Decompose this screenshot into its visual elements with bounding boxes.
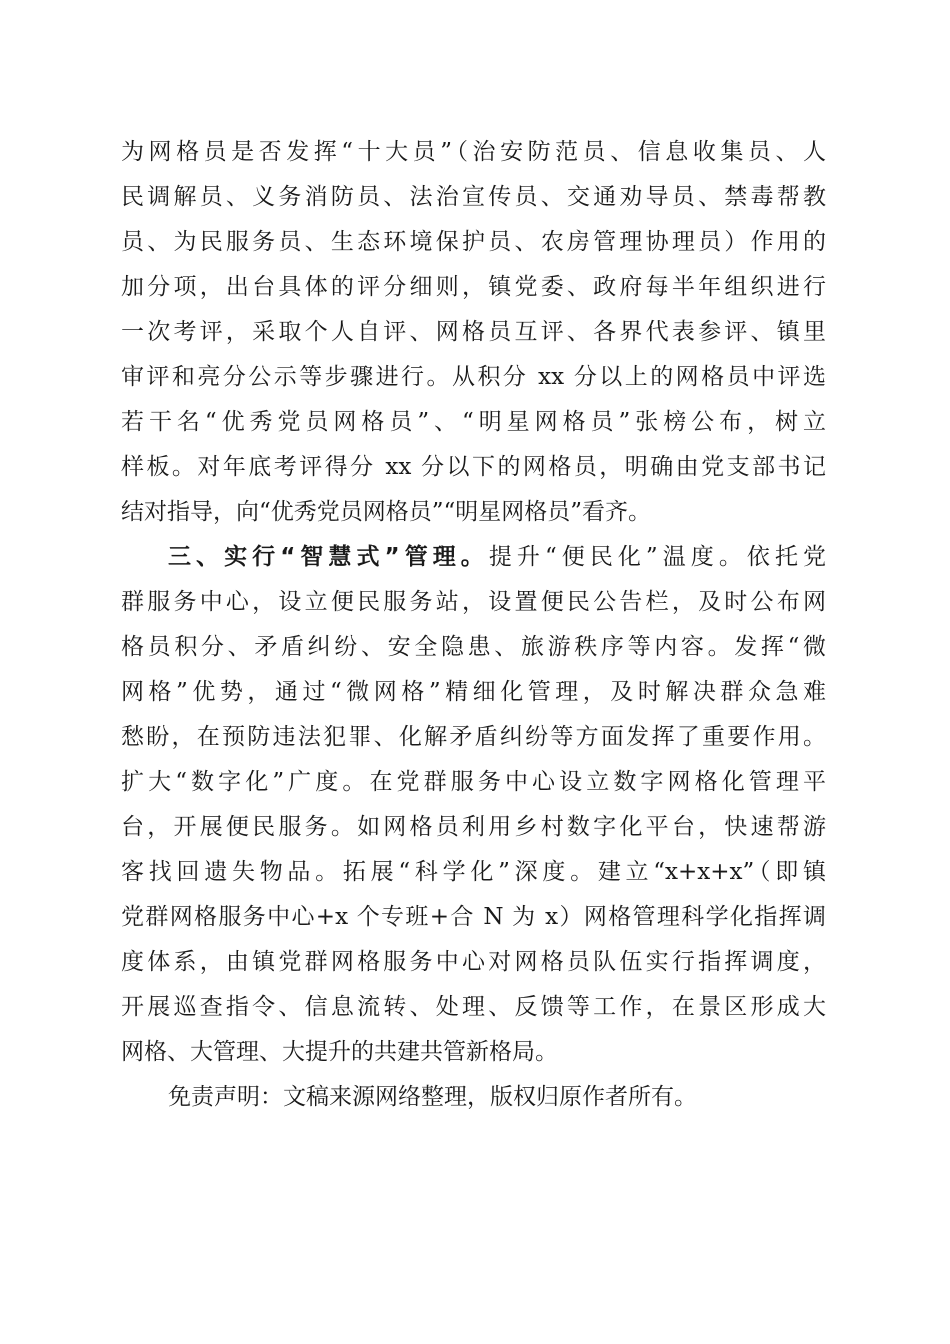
text-line: 民调解员、义务消防员、法治宣传员、交通劝导员、禁毒帮教 xyxy=(121,175,826,220)
text-line: 员、为民服务员、生态环境保护员、农房管理协理员）作用的 xyxy=(121,220,826,265)
section-smart-management: 三、实行“智慧式”管理。提升“便民化”温度。依托党 群服务中心，设立便民服务站，… xyxy=(121,535,826,1075)
text-line: 网格”优势，通过“微网格”精细化管理，及时解决群众急难 xyxy=(121,670,826,715)
text-line: 若干名“优秀党员网格员”、“明星网格员”张榜公布，树立 xyxy=(121,400,826,445)
paragraph-scoring: 为网格员是否发挥“十大员”（治安防范员、信息收集员、人 民调解员、义务消防员、法… xyxy=(121,130,826,535)
text-line: 一次考评，采取个人自评、网格员互评、各界代表参评、镇里 xyxy=(121,310,826,355)
text-line: 扩大“数字化”广度。在党群服务中心设立数字网格化管理平 xyxy=(121,760,826,805)
text-line: 网格、大管理、大提升的共建共管新格局。 xyxy=(121,1030,826,1075)
text-line: 样板。对年底考评得分 xx 分以下的网格员，明确由党支部书记 xyxy=(121,445,826,490)
text-line: 格员积分、矛盾纠纷、安全隐患、旅游秩序等内容。发挥“微 xyxy=(121,625,826,670)
text-line: 群服务中心，设立便民服务站，设置便民公告栏，及时公布网 xyxy=(121,580,826,625)
text-line: 客找回遗失物品。拓展“科学化”深度。建立“x+x+x”（即镇 xyxy=(121,850,826,895)
text-line: 党群网格服务中心+x 个专班+合 N 为 x）网格管理科学化指挥调 xyxy=(121,895,826,940)
text-line: 度体系，由镇党群网格服务中心对网格员队伍实行指挥调度， xyxy=(121,940,826,985)
section-heading: 三、实行“智慧式”管理。 xyxy=(168,544,489,570)
text-line: 为网格员是否发挥“十大员”（治安防范员、信息收集员、人 xyxy=(121,130,826,175)
section-first-line-text: 提升“便民化”温度。依托党 xyxy=(489,544,826,570)
text-line: 愁盼，在预防违法犯罪、化解矛盾纠纷等方面发挥了重要作用。 xyxy=(121,715,826,760)
text-line: 结对指导，向“优秀党员网格员”“明星网格员”看齐。 xyxy=(121,490,826,535)
document-page: 为网格员是否发挥“十大员”（治安防范员、信息收集员、人 民调解员、义务消防员、法… xyxy=(121,130,826,1120)
section-first-line: 三、实行“智慧式”管理。提升“便民化”温度。依托党 xyxy=(121,535,826,580)
text-line: 加分项，出台具体的评分细则，镇党委、政府每半年组织进行 xyxy=(121,265,826,310)
text-line: 审评和亮分公示等步骤进行。从积分 xx 分以上的网格员中评选 xyxy=(121,355,826,400)
disclaimer: 免责声明：文稿来源网络整理，版权归原作者所有。 xyxy=(121,1075,826,1120)
text-line: 开展巡查指令、信息流转、处理、反馈等工作，在景区形成大 xyxy=(121,985,826,1030)
text-line: 台，开展便民服务。如网格员利用乡村数字化平台，快速帮游 xyxy=(121,805,826,850)
